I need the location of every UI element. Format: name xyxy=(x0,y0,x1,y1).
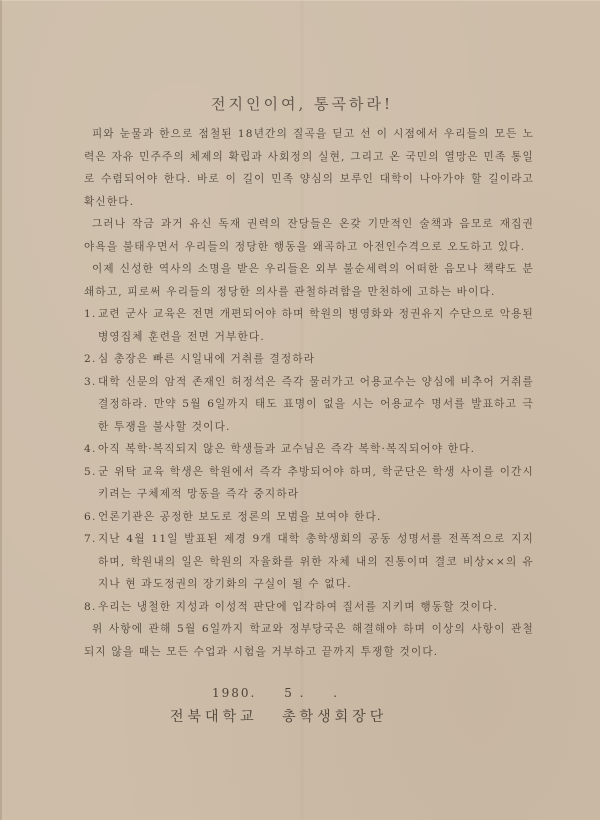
demand-number: 1. xyxy=(84,303,98,348)
demand-item: 8. 우리는 냉철한 지성과 이성적 판단에 입각하여 질서를 지키며 행동할 … xyxy=(84,596,534,619)
demand-text: 언론기관은 공정한 보도로 정론의 모범을 보여야 한다. xyxy=(98,506,534,529)
document-date: 1980. 5 . . xyxy=(212,686,361,700)
closing-paragraph: 위 사항에 관해 5월 6일까지 학교와 정부당국은 해결해야 하며 이상의 사… xyxy=(84,618,534,663)
demand-number: 6. xyxy=(84,506,98,529)
demand-number: 5. xyxy=(84,461,98,506)
demand-text: 심 총장은 빠른 시일내에 거취를 결정하라 xyxy=(98,348,534,371)
document-page: 전지인이여, 통곡하라! 피와 눈물과 한으로 점철된 18년간의 질곡을 딛고… xyxy=(0,0,600,820)
document-body: 피와 눈물과 한으로 점철된 18년간의 질곡을 딛고 선 이 시점에서 우리들… xyxy=(84,123,534,663)
date-year: 1980. xyxy=(212,686,256,700)
paragraph-declaration: 이제 신성한 역사의 소명을 받은 우리들은 외부 불순세력의 어떠한 음모나 … xyxy=(84,258,534,303)
demand-item: 4. 아직 복학·복직되지 않은 학생들과 교수님은 즉각 복학·복직되어야 한… xyxy=(84,438,534,461)
demand-number: 7. xyxy=(84,528,98,596)
demand-item: 3. 대학 신문의 암적 존재인 허정석은 즉각 물러가고 어용교수는 양심에 … xyxy=(84,371,534,439)
demand-number: 8. xyxy=(84,596,98,619)
document-title: 전지인이여, 통곡하라! xyxy=(2,93,600,114)
date-day: . xyxy=(333,686,339,700)
demand-text: 아직 복학·복직되지 않은 학생들과 교수님은 즉각 복학·복직되어야 한다. xyxy=(98,438,534,461)
paragraph-intro: 피와 눈물과 한으로 점철된 18년간의 질곡을 딛고 선 이 시점에서 우리들… xyxy=(84,123,534,213)
signature: 전북대학교 총학생회장단 xyxy=(170,706,403,726)
signature-role: 총학생회장단 xyxy=(282,709,387,725)
demand-item: 6. 언론기관은 공정한 보도로 정론의 모범을 보여야 한다. xyxy=(84,506,534,529)
demand-text: 군 위탁 교육 학생은 학원에서 즉각 추방되어야 하며, 학군단은 학생 사이… xyxy=(98,461,534,506)
demand-item: 7. 지난 4월 11일 발표된 제경 9개 대학 총학생회의 공동 성명서를 … xyxy=(84,528,534,596)
demand-number: 4. xyxy=(84,438,98,461)
demand-item: 5. 군 위탁 교육 학생은 학원에서 즉각 추방되어야 하며, 학군단은 학생… xyxy=(84,461,534,506)
demand-text: 대학 신문의 암적 존재인 허정석은 즉각 물러가고 어용교수는 양심에 비추어… xyxy=(98,371,534,439)
demand-item: 1. 교련 군사 교육은 전면 개편되어야 하며 학원의 병영화와 정권유지 수… xyxy=(84,303,534,348)
demand-item: 2. 심 총장은 빠른 시일내에 거취를 결정하라 xyxy=(84,348,534,371)
paragraph-remnants: 그러나 작금 과거 유신 독재 권력의 잔당들은 온갖 기만적인 술책과 음모로… xyxy=(84,213,534,258)
demand-text: 우리는 냉철한 지성과 이성적 판단에 입각하여 질서를 지키며 행동할 것이다… xyxy=(98,596,534,619)
demand-number: 2. xyxy=(84,348,98,371)
demand-text: 지난 4월 11일 발표된 제경 9개 대학 총학생회의 공동 성명서를 전폭적… xyxy=(98,528,534,596)
date-month: 5 . xyxy=(284,686,305,700)
demand-text: 교련 군사 교육은 전면 개편되어야 하며 학원의 병영화와 정권유지 수단으로… xyxy=(98,303,534,348)
signature-university: 전북대학교 xyxy=(170,709,258,725)
demand-number: 3. xyxy=(84,371,98,439)
